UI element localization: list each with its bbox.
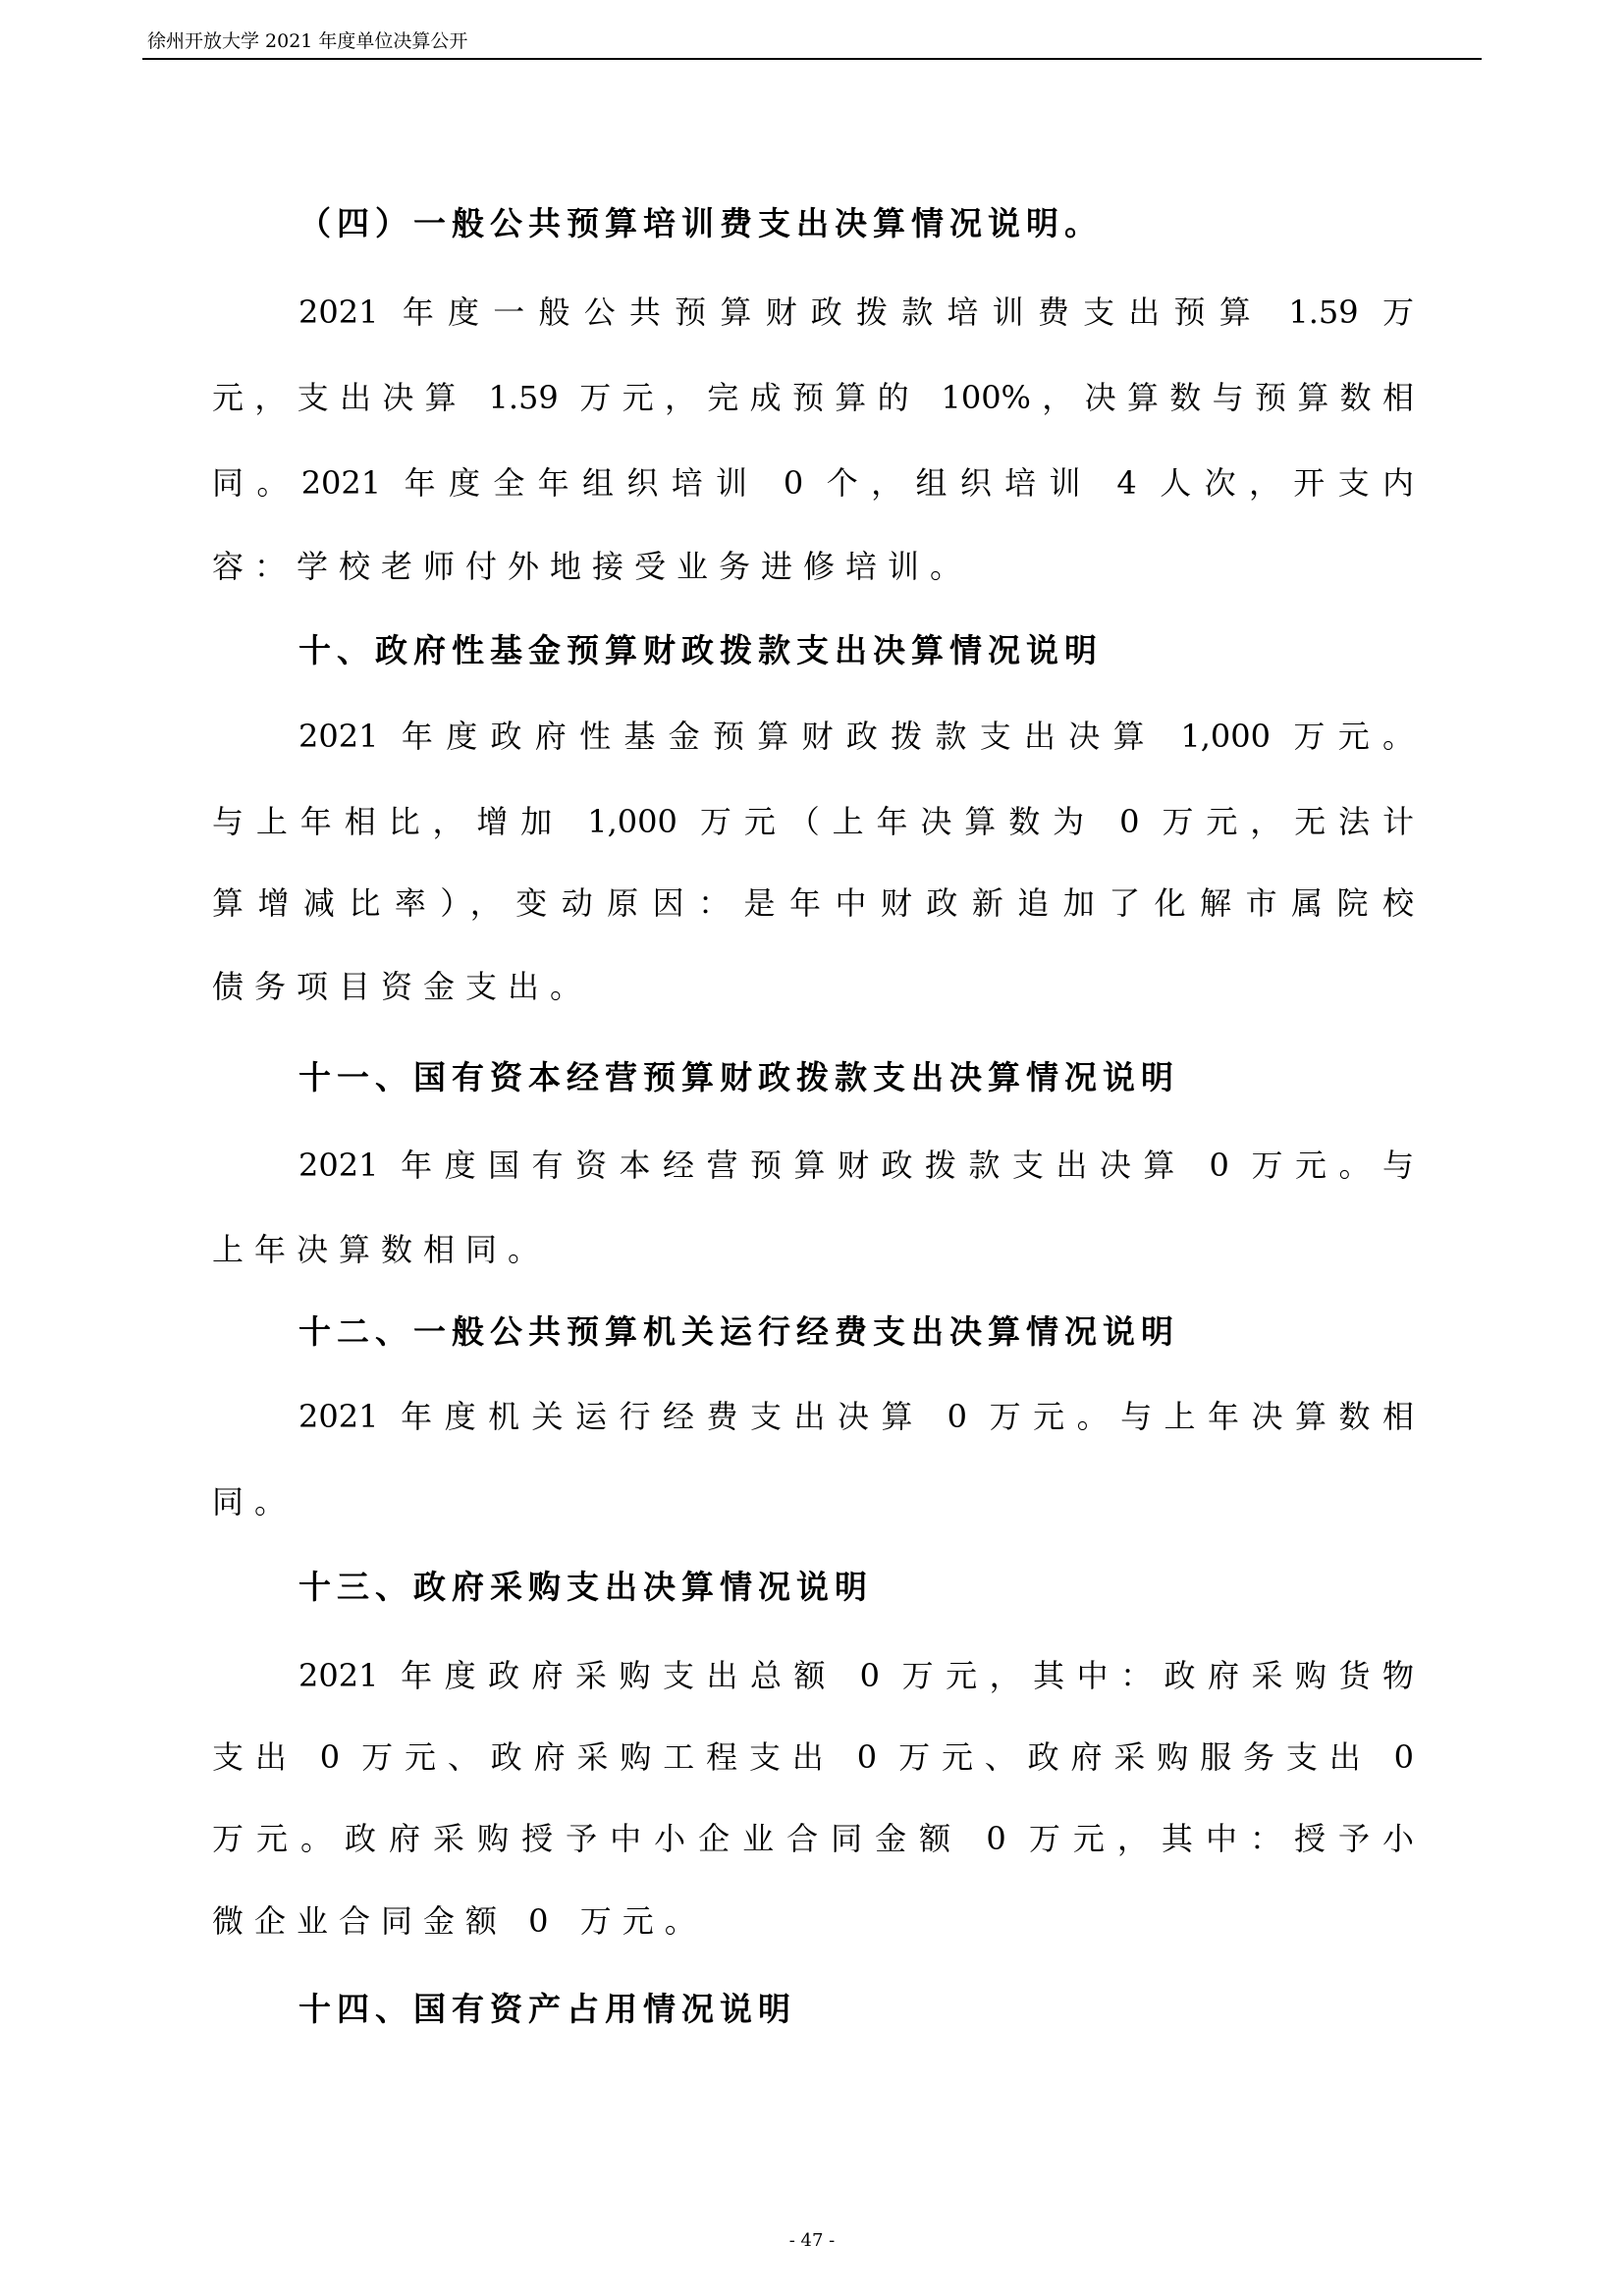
section-heading-government-fund: 十、政府性基金预算财政拨款支出决算情况说明 — [298, 628, 1103, 673]
section-heading-training-expense: （四）一般公共预算培训费支出决算情况说明。 — [298, 201, 1103, 246]
paragraph-line: 债务项目资金支出。 — [212, 965, 1414, 1008]
paragraph-line: 万元。政府采购授予中小企业合同金额 0 万元，其中：授予小 — [212, 1817, 1414, 1860]
paragraph-line: 容：学校老师付外地接受业务进修培训。 — [212, 545, 1414, 588]
paragraph-line: 与上年相比，增加 1,000 万元（上年决算数为 0 万元，无法计 — [212, 800, 1414, 843]
paragraph-line: 上年决算数相同。 — [212, 1228, 1414, 1271]
section-heading-state-capital: 十一、国有资本经营预算财政拨款支出决算情况说明 — [298, 1055, 1179, 1100]
section-heading-state-assets: 十四、国有资产占用情况说明 — [298, 1987, 796, 2032]
paragraph-line: 元，支出决算 1.59 万元，完成预算的 100%，决算数与预算数相 — [212, 376, 1414, 419]
page-number: - 47 - — [0, 2228, 1624, 2254]
header-rule — [142, 58, 1482, 60]
running-header: 徐州开放大学 2021 年度单位决算公开 — [147, 27, 467, 55]
paragraph-line: 2021 年度机关运行经费支出决算 0 万元。与上年决算数相 — [298, 1395, 1414, 1438]
paragraph-line: 支出 0 万元、政府采购工程支出 0 万元、政府采购服务支出 0 — [212, 1735, 1414, 1779]
paragraph-line: 同。 — [212, 1480, 1414, 1523]
paragraph-line: 微企业合同金额 0 万元。 — [212, 1899, 1414, 1943]
paragraph-line: 算增减比率），变动原因：是年中财政新追加了化解市属院校 — [212, 881, 1414, 925]
paragraph-line: 2021 年度政府采购支出总额 0 万元，其中：政府采购货物 — [298, 1654, 1414, 1697]
paragraph-line: 同。2021 年度全年组织培训 0 个，组织培训 4 人次，开支内 — [212, 461, 1414, 505]
paragraph-line: 2021 年度一般公共预算财政拨款培训费支出预算 1.59 万 — [298, 291, 1414, 334]
paragraph-line: 2021 年度国有资本经营预算财政拨款支出决算 0 万元。与 — [298, 1144, 1414, 1187]
section-heading-operating-expense: 十二、一般公共预算机关运行经费支出决算情况说明 — [298, 1309, 1179, 1355]
paragraph-line: 2021 年度政府性基金预算财政拨款支出决算 1,000 万元。 — [298, 715, 1414, 758]
section-heading-procurement: 十三、政府采购支出决算情况说明 — [298, 1565, 873, 1610]
